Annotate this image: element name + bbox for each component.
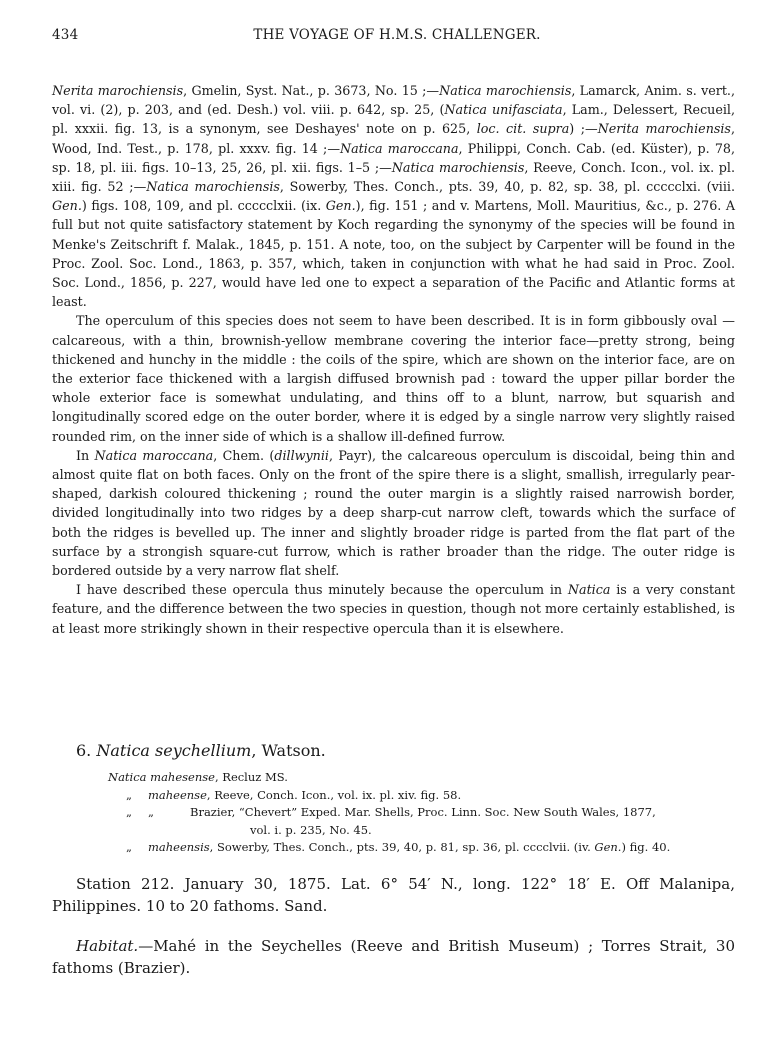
conclusion-paragraph: I have described these opercula thus min… — [52, 580, 735, 638]
synonym-reference-end: ) fig. 40. — [621, 840, 670, 854]
species-name: Natica seychellium — [96, 741, 251, 760]
ditto-mark: „ — [148, 804, 190, 822]
running-title: THE VOYAGE OF H.M.S. CHALLENGER. — [52, 27, 742, 43]
italic-text: Nerita marochiensis — [598, 121, 731, 136]
synonym-entry: „maheensis, Sowerby, Thes. Conch., pts. … — [108, 839, 728, 857]
italic-text: Natica marochiensis — [439, 83, 571, 98]
synonym-entry: „„Brazier, “Chevert” Exped. Mar. Shells,… — [108, 804, 728, 822]
synonym-reference: , Sowerby, Thes. Conch., pts. 39, 40, p.… — [210, 840, 595, 854]
operculum-paragraph: The operculum of this species does not s… — [52, 311, 735, 445]
maroccana-paragraph: In Natica maroccana, Chem. (dillwynii, P… — [52, 446, 735, 580]
synonymy-list: Natica mahesense, Recluz MS. „maheense, … — [108, 769, 728, 857]
text-run: , Sowerby, Thes. Conch., pts. 39, 40, p.… — [280, 179, 735, 194]
habitat-label: Habitat. — [76, 937, 138, 955]
text-run: ) ;— — [569, 121, 597, 136]
ditto-mark: „ — [108, 787, 148, 805]
station-text: Station 212. January 30, 1875. Lat. 6° 5… — [52, 873, 735, 917]
synonym-reference: , Recluz MS. — [215, 770, 288, 784]
text-run: , Payr), the calcareous operculum is dis… — [52, 448, 735, 578]
habitat-record: Habitat.—Mahé in the Seychelles (Reeve a… — [52, 935, 735, 979]
genus-abbrev: Gen. — [594, 840, 621, 854]
italic-text: Gen. — [52, 198, 82, 213]
italic-text: Natica maroccana — [95, 448, 214, 463]
synonym-reference: Brazier, “Chevert” Exped. Mar. Shells, P… — [190, 805, 656, 819]
italic-text: Natica marochiensis — [392, 160, 525, 175]
ditto-mark: „ — [108, 804, 148, 822]
italic-text: Natica maroccana — [340, 141, 459, 156]
body-text: Nerita marochiensis, Gmelin, Syst. Nat.,… — [52, 81, 735, 638]
synonym-entry: „maheense, Reeve, Conch. Icon., vol. ix.… — [108, 787, 728, 805]
running-head: 434 THE VOYAGE OF H.M.S. CHALLENGER. — [52, 27, 742, 47]
text-run: I have described these opercula thus min… — [76, 582, 568, 597]
document-page: 434 THE VOYAGE OF H.M.S. CHALLENGER. Ner… — [0, 0, 776, 1050]
species-heading: 6. Natica seychellium, Watson. — [76, 740, 736, 762]
text-run: In — [76, 448, 95, 463]
synonym-entry: Natica mahesense, Recluz MS. — [108, 769, 728, 787]
species-number: 6. — [76, 741, 91, 760]
synonym-reference: , Reeve, Conch. Icon., vol. ix. pl. xiv.… — [207, 788, 461, 802]
synonym-continuation: vol. i. p. 235, No. 45. — [108, 822, 728, 840]
italic-text: dillwynii — [274, 448, 329, 463]
text-run: , Gmelin, Syst. Nat., p. 3673, No. 15 ;— — [183, 83, 439, 98]
italic-text: Natica — [568, 582, 611, 597]
habitat-text: —Mahé in the Seychelles (Reeve and Briti… — [52, 937, 735, 977]
italic-text: Gen. — [326, 198, 356, 213]
italic-text: Natica marochiensis — [146, 179, 280, 194]
synonym-name: maheense — [148, 788, 207, 802]
text-run: ), fig. 151 ; and v. Martens, Moll. Maur… — [52, 198, 735, 309]
italic-text: Nerita marochiensis — [52, 83, 183, 98]
species-author: , Watson. — [251, 741, 325, 760]
text-run: , Chem. ( — [213, 448, 274, 463]
synonymy-paragraph: Nerita marochiensis, Gmelin, Syst. Nat.,… — [52, 81, 735, 311]
station-record: Station 212. January 30, 1875. Lat. 6° 5… — [52, 873, 735, 917]
ditto-mark: „ — [108, 839, 148, 857]
text-run: ) figs. 108, 109, and pl. ccccclxii. (ix… — [82, 198, 326, 213]
synonym-name: Natica mahesense — [108, 770, 215, 784]
synonym-name: maheensis — [148, 840, 210, 854]
italic-text: loc. cit. supra — [477, 121, 570, 136]
italic-text: Natica unifasciata — [444, 102, 562, 117]
